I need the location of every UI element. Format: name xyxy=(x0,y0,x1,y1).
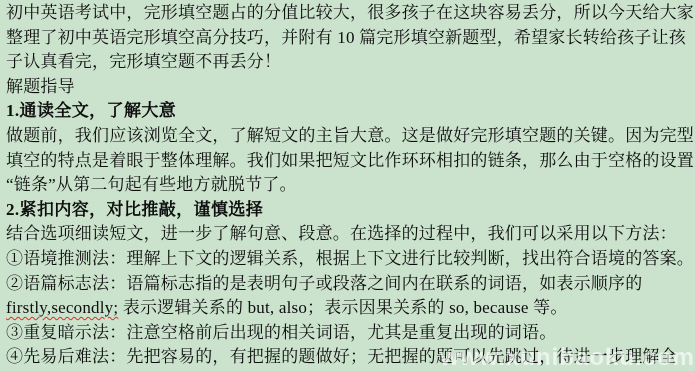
section2-heading: 2.紧扣内容，对比推敲，谨慎选择 xyxy=(6,198,693,223)
section1-line-1: 做题前，我们应该浏览全文，了解短文的主旨大意。这是做好完形填空题的关键。因为完型 xyxy=(6,124,693,149)
section1-line-2: 填空的特点是着眼于整体理解。我们如果把短文比作环环相扣的链条，那么由于空格的设置… xyxy=(6,149,693,174)
misspelled-english-words: firstly,secondly; xyxy=(6,298,118,317)
method-1-line: ①语境推测法：理解上下文的逻辑关系，根据上下文进行比较判断，找出符合语境的答案。 xyxy=(6,247,693,272)
intro-line-3: 子认真看完，完形填空题不再丢分！ xyxy=(6,50,693,75)
section1-line-3: “链条”从第二句起有些地方就脱节了。 xyxy=(6,173,693,198)
method-2-line-1: ②语篇标志法：语篇标志指的是表明句子或段落之间内在联系的词语，如表示顺序的 xyxy=(6,272,693,297)
method-3-line: ③重复暗示法：注意空格前后出现的相关词语，尤其是重复出现的词语。 xyxy=(6,321,693,346)
method-2-line-2: firstly,secondly; 表示逻辑关系的 but, also；表示因果… xyxy=(6,296,693,321)
section2-line-1: 结合选项细读短文，进一步了解句意、段意。在选择的过程中，我们可以采用以下方法： xyxy=(6,222,693,247)
method-4-line: ④先易后难法：先把容易的，有把握的题做好；无把握的题可以先跳过，待进一步理解全 xyxy=(6,345,693,370)
intro-line-1: 初中英语考试中，完形填空题占的分值比较大，很多孩子在这块容易丢分，所以今天给大家 xyxy=(6,1,693,26)
document-body: 初中英语考试中，完形填空题占的分值比较大，很多孩子在这块容易丢分，所以今天给大家… xyxy=(6,1,693,370)
guide-label: 解题指导 xyxy=(6,75,693,100)
intro-line-2: 整理了初中英语完形填空高分技巧，并附有 10 篇完形填空新题型，希望家长转给孩子… xyxy=(6,26,693,51)
method-2-line-2-rest: 表示逻辑关系的 but, also；表示因果关系的 so, because 等。 xyxy=(118,298,567,317)
section1-heading: 1.通读全文，了解大意 xyxy=(6,99,693,124)
